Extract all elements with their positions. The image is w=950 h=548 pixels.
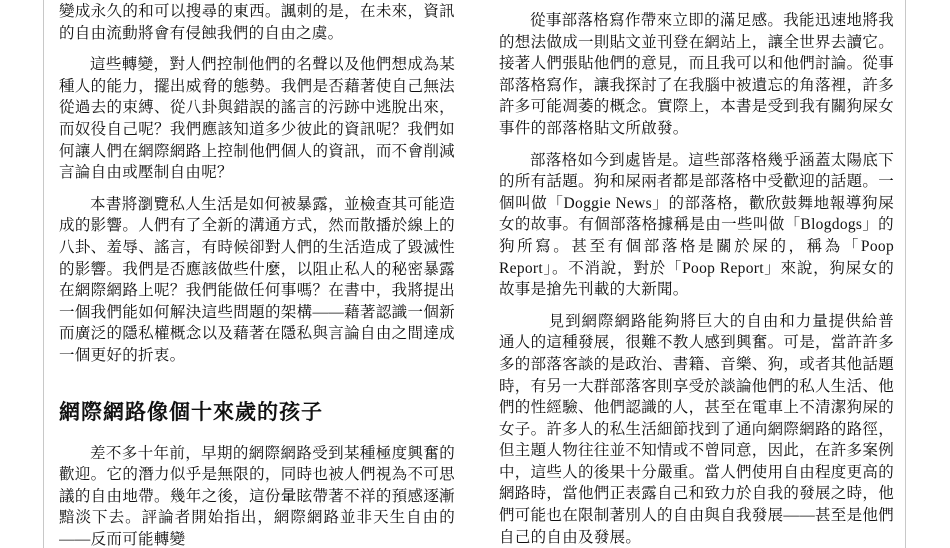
body-paragraph: 這些轉變，對人們控制他們的名聲以及他們想成為某種人的能力，擺出威脅的態勢。我們是…: [59, 54, 455, 184]
body-paragraph: 差不多十年前，早期的網際網路受到某種極度興奮的歡迎。它的潛力似乎是無限的，同時也…: [59, 443, 455, 547]
body-paragraph-continuation: 變成永久的和可以搜尋的東西。諷刺的是，在未來，資訊的自由流動將會有侵蝕我們的自由…: [59, 1, 455, 44]
left-page-edge-rule: [43, 0, 44, 548]
right-page-edge-rule: [905, 0, 906, 548]
book-page-spread: 變成永久的和可以搜尋的東西。諷刺的是，在未來，資訊的自由流動將會有侵蝕我們的自由…: [0, 0, 950, 548]
body-paragraph: 見到網際網路能夠將巨大的自由和力量提供給普通人的這種發展，很難不教人感到興奮。可…: [499, 311, 894, 546]
left-text-column: 變成永久的和可以搜尋的東西。諷刺的是，在未來，資訊的自由流動將會有侵蝕我們的自由…: [59, 1, 455, 546]
body-paragraph: 從事部落格寫作帶來立即的滿足感。我能迅速地將我的想法做成一則貼文並刊登在網站上，…: [499, 10, 894, 140]
right-text-column: 從事部落格寫作帶來立即的滿足感。我能迅速地將我的想法做成一則貼文並刊登在網站上，…: [499, 10, 894, 546]
body-paragraph: 部落格如今到處皆是。這些部落格幾乎涵蓋太陽底下的所有話題。狗和屎兩者都是部落格中…: [499, 150, 894, 301]
body-paragraph: 本書將瀏覽私人生活是如何被暴露，並檢查其可能造成的影響。人們有了全新的溝通方式，…: [59, 194, 455, 367]
section-heading: 網際網路像個十來歲的孩子: [59, 399, 455, 425]
